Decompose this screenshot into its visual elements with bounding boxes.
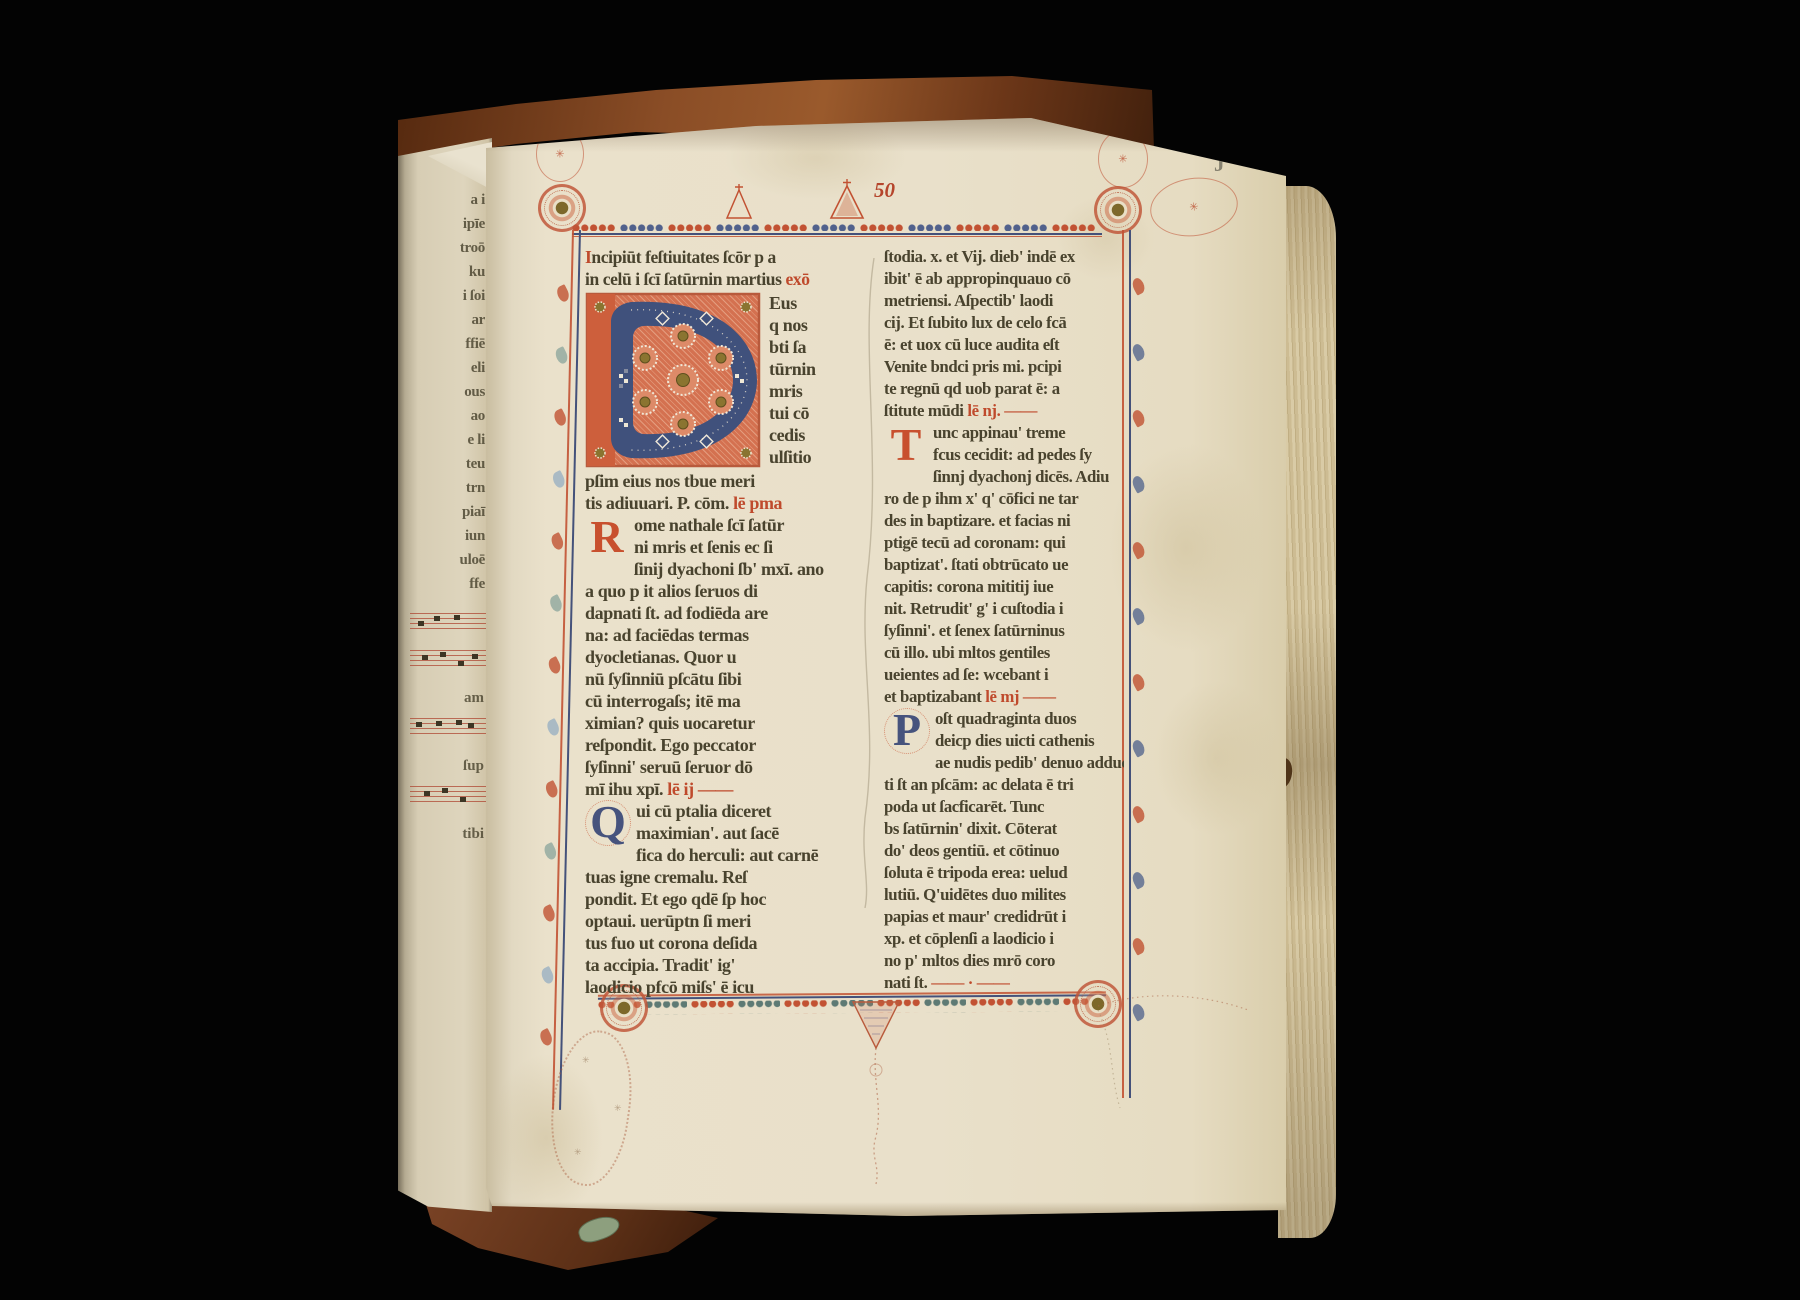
text-line: cedis [769,424,861,446]
text-line: dyocletianas. Quor u [585,646,861,668]
leaf-flourish [1130,870,1147,889]
text-line: ibit' ē ab appropinquauo cō [884,268,1124,290]
body-text: tuas igne cremalu. Reſ [585,867,747,887]
leaf-flourish [543,780,560,799]
fore-edge-shading [1278,186,1336,1238]
music-neume [436,721,442,726]
text-line: tui cō [769,402,861,424]
music-neume [440,652,446,657]
text-fragment: ffiē [398,332,490,356]
leaf-flourish [1130,804,1147,823]
text-line: ſinnj dyachonj dicēs. Adiu [933,466,1124,488]
music-neume [458,661,464,666]
body-text: dapnati ſt. ad fodiēda are [585,603,768,623]
body-text: lutiū. Q'uidētes duo milites [884,885,1066,904]
parchment-flaw [858,258,886,908]
text-line: deicp dies uicti cathenis [935,730,1124,752]
previous-page-text-fragments: a iipīetroōkui ſoiarffiēeliousaoe liteut… [398,188,490,596]
body-text: pondit. Et ego qdē ſp hoc [585,889,766,909]
music-neume [456,720,462,725]
body-text: ſtitute mūdi [884,401,967,420]
body-text: ro de p ihm x' q' cōfici ne tar [884,489,1078,508]
text-line: unc appinau' treme [933,422,1124,444]
fore-edge-page-stack [1278,186,1336,1238]
drop-initial-R: R [585,514,629,560]
music-lyric-fragment: tibi [398,823,492,845]
text-line: tūrnin [769,358,861,380]
paragraph: Incipiūt feſtiuitates ſcōr p ain celū i … [585,246,861,290]
leaf-flourish [555,284,572,303]
scallop-group [956,218,1000,231]
text-line: baptizat'. ſtati obtrūcato ue [884,554,1124,576]
body-text: unc appinau' treme [933,423,1065,442]
body-text: cū illo. ubi mltos gentiles [884,643,1050,662]
paragraph: ſtodia. x. et Vij. dieb' indē exibit' ē … [884,246,1124,422]
text-line: nit. Retrudit' g' i cuſtodia i [884,598,1124,620]
body-text: ni mris et ſenis ec ſi [634,537,773,557]
text-line: fica do herculi: aut carnē [636,844,861,866]
body-text: bti ſa [769,337,806,357]
leaf-flourish [545,718,562,737]
text-line: ſtodia. x. et Vij. dieb' indē ex [884,246,1124,268]
leaf-flourish [1130,276,1147,295]
body-text: ae nudis pedib' denuo adduc [935,753,1124,772]
text-line: cū interrogaſs; itē ma [585,690,861,712]
text-line: ome nathale ſcī ſatūr [634,514,861,536]
leaf-flourish [550,470,567,489]
folio-number: 50 [874,178,895,203]
body-text: et baptizabant [884,687,985,706]
text-fragment: i ſoi [398,284,490,308]
scallop-group [860,218,904,231]
body-text: oſt quadraginta duos [935,709,1076,728]
scallop-group [668,218,712,231]
text-fragment: uloē [398,548,490,572]
music-staff [410,650,490,667]
text-line: lutiū. Q'uidētes duo milites [884,884,1124,906]
text-line: ſtitute mūdi lē nj. —— [884,400,1124,422]
corner-rosette-top-right [1094,186,1142,234]
text-line: ti ſt an pſcām: ac delata ē tri [884,774,1124,796]
paragraph: Poſt quadraginta duosdeicp dies uicti ca… [884,708,1124,994]
text-line: mī ihu xpī. lē ij —— [585,778,861,800]
leaf-flourish [539,966,556,985]
leaf-flourish [542,842,559,861]
body-text: baptizat'. ſtati obtrūcato ue [884,555,1068,574]
body-text: dyocletianas. Quor u [585,647,736,667]
text-fragment: ous [398,380,490,404]
text-line: a quo p it alios ſeruos di [585,580,861,602]
body-text: na: ad faciēdas termas [585,625,749,645]
body-text: fcus cecidit: ad pedes ſy [933,445,1092,464]
text-line: ximian? quis uocaretur [585,712,861,734]
body-text: q nos [769,315,808,335]
body-text: Venite bndci pris mi. pcipi [884,357,1061,376]
text-fragment: ao [398,404,490,428]
body-text: ſtodia. x. et Vij. dieb' indē ex [884,247,1075,266]
text-line: mris [769,380,861,402]
music-lyric-fragment: ſup [398,755,492,777]
body-text: do' deos gentiū. et cōtinuo [884,841,1059,860]
paragraph: pſim eius nos tbue meritis adiuuari. P. … [585,470,861,514]
star-sprinkle: ✳ [574,1148,582,1158]
text-line: cij. Et ſubito lux de celo fcā [884,312,1124,334]
scallop-group [970,999,1013,1012]
text-line: ni mris et ſenis ec ſi [634,536,861,558]
spire-ornament [724,184,754,220]
text-line: ta accipia. Tradit' ig' [585,954,861,976]
text-line: te regnū qd uob parat ē: a [884,378,1124,400]
text-line: nū ſyſinniū pſcātu ſibi [585,668,861,690]
text-line: cū illo. ubi mltos gentiles [884,642,1124,664]
body-text: des in baptizare. et facias ni [884,511,1070,530]
corner-rosette-top-left [538,184,586,232]
text-line: reſpondit. Ego peccator [585,734,861,756]
text-line: fcus cecidit: ad pedes ſy [933,444,1124,466]
body-text: bs ſatūrnin' dixit. Cōterat [884,819,1057,838]
body-text: cedis [769,425,805,445]
body-text: ptigē tecū ad coronam: qui [884,533,1065,552]
body-text: nū ſyſinniū pſcātu ſibi [585,669,741,689]
body-text: laodicio pfcō miſs' ē icu [585,977,754,997]
leaf-flourish [553,346,570,365]
body-text: ulſitio [769,447,811,467]
scallop-group [1004,218,1048,231]
text-fragment: teu [398,452,490,476]
drop-initial-P: P [884,708,930,754]
text-line: na: ad faciēdas termas [585,624,861,646]
music-neume [442,788,448,793]
text-line: Venite bndci pris mi. pcipi [884,356,1124,378]
rubricated-text: —— · —— [931,973,1009,992]
body-text: Eus [769,293,797,313]
leaf-flourish [1130,672,1147,691]
music-neume [418,621,424,626]
leaf-flourish [552,408,569,427]
scallop-group [784,1000,827,1013]
body-text: poda ut ſacficarēt. Tunc [884,797,1044,816]
body-text: ximian? quis uocaretur [585,713,755,733]
rubricated-text: lē nj. —— [967,401,1037,420]
star-ornament: ✳ [555,148,564,161]
text-beside-initial: Eusq nosbti ſatūrninmristui cōcedisulſit… [769,292,861,468]
text-line: tus fuo ut corona deſida [585,932,861,954]
body-text: deicp dies uicti cathenis [935,731,1094,750]
star-sprinkle: ✳ [614,1104,622,1114]
left-column-paragraphs: pſim eius nos tbue meritis adiuuari. P. … [585,470,861,998]
border-left [552,230,581,1110]
body-text: no p' mltos dies mrō coro [884,951,1055,970]
text-line: ē: et uox cū luce audita eſt [884,334,1124,356]
text-line: ſoluta ē tripoda erea: uelud [884,862,1124,884]
text-fragment: a i [398,188,490,212]
leaf-flourish [548,594,565,613]
text-line: xp. et cōplenſi a laodicio i [884,928,1124,950]
scallop-group [764,218,808,231]
leaf-flourish [1130,540,1147,559]
border-top-band [572,218,1102,235]
rubric-heading: Incipiūt feſtiuitates ſcōr p ain celū i … [585,246,861,290]
leaf-flourish [1130,342,1147,361]
text-line: Incipiūt feſtiuitates ſcōr p a [585,246,861,268]
folio-pencil-mark: J [1214,152,1225,177]
body-text: ſyſinni' seruū ſeruor dō [585,757,753,777]
body-text: mris [769,381,802,401]
leaf-flourish [546,656,563,675]
leaf-flourish [1130,474,1147,493]
body-text: maximian'. aut ſacē [636,823,779,843]
body-text: pſim eius nos tbue meri [585,471,755,491]
text-column-right: ſtodia. x. et Vij. dieb' indē exibit' ē … [884,246,1124,994]
text-fragment: ipīe [398,212,490,236]
body-text: ſyſinni'. et ſenex ſatūrninus [884,621,1064,640]
rubricated-text: lē ij —— [667,779,733,799]
body-text: nati ſt. [884,973,931,992]
body-text: metriensi. Aſpectib' laodi [884,291,1053,310]
text-line: bs ſatūrnin' dixit. Cōterat [884,818,1124,840]
star-sprinkle: ✳ [582,1056,590,1066]
music-staff [410,613,490,630]
music-staff [410,786,490,803]
music-neume [472,654,478,659]
text-line: tuas igne cremalu. Reſ [585,866,861,888]
text-line: pondit. Et ego qdē ſp hoc [585,888,861,910]
rubricated-text: lē mj —— [985,687,1055,706]
scallop-group [908,218,952,231]
illuminated-initial-D [585,292,761,468]
text-line: ro de p ihm x' q' cōfici ne tar [884,488,1124,510]
body-text: tus fuo ut corona deſida [585,933,757,953]
body-text: ome nathale ſcī ſatūr [634,515,784,535]
text-line: des in baptizare. et facias ni [884,510,1124,532]
music-neume [468,723,474,728]
text-line: et baptizabant lē mj —— [884,686,1124,708]
page-fold-corner [428,142,492,190]
text-line: ae nudis pedib' denuo adduc [935,752,1124,774]
manuscript-photo-stage: a iipīetroōkui ſoiarffiēeliousaoe liteut… [0,0,1800,1300]
body-text: ui cū ptalia diceret [636,801,771,821]
scallop-group [1017,999,1060,1012]
text-column-left: Incipiūt feſtiuitates ſcōr p ain celū i … [585,246,861,998]
scallop-group [738,1001,781,1014]
text-line: ſyſinni' seruū ſeruor dō [585,756,861,778]
text-line: metriensi. Aſpectib' laodi [884,290,1124,312]
leaf-flourish [1130,606,1147,625]
body-text: ncipiūt feſtiuitates ſcōr p a [591,247,775,267]
corner-ray-flourishes [1084,984,1254,1114]
leaf-flourish [1130,408,1147,427]
text-fragment: ffe [398,572,490,596]
paragraph: Tunc appinau' tremefcus cecidit: ad pede… [884,422,1124,708]
text-fragment: troō [398,236,490,260]
drop-initial-T: T [884,422,928,468]
body-text: capitis: corona mititij iue [884,577,1053,596]
text-line: dapnati ſt. ad fodiēda are [585,602,861,624]
text-line: ſyſinni'. et ſenex ſatūrninus [884,620,1124,642]
text-line: laodicio pfcō miſs' ē icu [585,976,861,998]
text-fragment: ar [398,308,490,332]
rubricated-text: lē pma [733,493,782,513]
leaf-flourish [1130,738,1147,757]
star-ornament: ✳ [1189,200,1200,214]
leaf-flourish [540,904,557,923]
text-fragment: piaī [398,500,490,524]
music-neume [460,797,466,802]
scallop-group [1052,218,1096,231]
scallop-group [924,999,967,1012]
music-neume [454,615,460,620]
body-text: nit. Retrudit' g' i cuſtodia i [884,599,1063,618]
body-text: ſinnj dyachonj dicēs. Adiu [933,467,1109,486]
leaf-flourish [1130,936,1147,955]
body-text: ſinij dyachoni ſb' mxī. ano [634,559,824,579]
text-line: nati ſt. —— · —— [884,972,1124,994]
body-text: optaui. uerūptn ſi meri [585,911,751,931]
text-line: Eus [769,292,861,314]
body-text: tūrnin [769,359,816,379]
star-ornament: ✳ [1118,153,1127,166]
scallop-group [620,218,664,231]
music-neume [424,791,430,796]
body-text: reſpondit. Ego peccator [585,735,756,755]
music-neume [434,616,440,621]
spire-ornament-center [828,178,866,220]
paragraph: Qui cū ptalia diceretmaximian'. aut ſacē… [585,800,861,998]
body-text: tui cō [769,403,809,423]
body-text: cij. Et ſubito lux de celo fcā [884,313,1066,332]
body-text: ibit' ē ab appropinquauo cō [884,269,1071,288]
illuminated-initial-row: Eusq nosbti ſatūrninmristui cōcedisulſit… [585,292,861,468]
music-notation: amſuptibi [398,604,492,845]
text-line: in celū i ſcī ſatūrnin martius exō [585,268,861,290]
text-line: optaui. uerūptn ſi meri [585,910,861,932]
text-line: pſim eius nos tbue meri [585,470,861,492]
previous-page-strip: a iipīetroōkui ſoiarffiēeliousaoe liteut… [398,136,492,1212]
pendant-ornament [848,1000,904,1190]
text-line: poda ut ſacficarēt. Tunc [884,796,1124,818]
music-staff [410,718,490,735]
text-line: maximian'. aut ſacē [636,822,861,844]
text-fragment: eli [398,356,490,380]
body-text: ta accipia. Tradit' ig' [585,955,735,975]
text-fragment: trn [398,476,490,500]
text-line: oſt quadraginta duos [935,708,1124,730]
text-line: ueientes ad ſe: wcebant i [884,664,1124,686]
text-line: q nos [769,314,861,336]
paragraph: Rome nathale ſcī ſatūrni mris et ſenis e… [585,514,861,800]
text-line: bti ſa [769,336,861,358]
leaf-flourish [549,532,566,551]
body-text: ſoluta ē tripoda erea: uelud [884,863,1067,882]
scallop-group [691,1001,734,1014]
body-text: in celū i ſcī ſatūrnin martius [585,269,786,289]
body-text: ueientes ad ſe: wcebant i [884,665,1048,684]
body-text: mī ihu xpī. [585,779,667,799]
body-text: ti ſt an pſcām: ac delata ē tri [884,775,1073,794]
body-text: ē: et uox cū luce audita eſt [884,335,1059,354]
text-line: do' deos gentiū. et cōtinuo [884,840,1124,862]
text-line: ulſitio [769,446,861,468]
text-line: papias et maur' credidrūt i [884,906,1124,928]
text-line: ptigē tecū ad coronam: qui [884,532,1124,554]
drop-initial-Q: Q [585,800,631,846]
teardrop-flourish-right: ✳ [1146,172,1241,242]
music-lyric-fragment: am [398,687,492,709]
leaf-flourish [538,1028,555,1047]
text-fragment: iun [398,524,490,548]
scallop-group [645,1001,688,1014]
text-line: tis adiuuari. P. cōm. lē pma [585,492,861,514]
body-text: a quo p it alios ſeruos di [585,581,758,601]
text-line: ſinij dyachoni ſb' mxī. ano [634,558,861,580]
body-text: tis adiuuari. P. cōm. [585,493,733,513]
body-text: fica do herculi: aut carnē [636,845,818,865]
text-line: capitis: corona mititij iue [884,576,1124,598]
music-neume [422,655,428,660]
rubricated-text: exō [786,269,810,289]
body-text: papias et maur' credidrūt i [884,907,1066,926]
text-line: no p' mltos dies mrō coro [884,950,1124,972]
body-text: xp. et cōplenſi a laodicio i [884,929,1054,948]
text-fragment: e li [398,428,490,452]
body-text: cū interrogaſs; itē ma [585,691,740,711]
music-neume [416,722,422,727]
body-text: te regnū qd uob parat ē: a [884,379,1060,398]
manuscript-recto-page: 50 J ✳ ✳ ✳ [486,118,1286,1216]
text-line: ui cū ptalia diceret [636,800,861,822]
text-fragment: ku [398,260,490,284]
